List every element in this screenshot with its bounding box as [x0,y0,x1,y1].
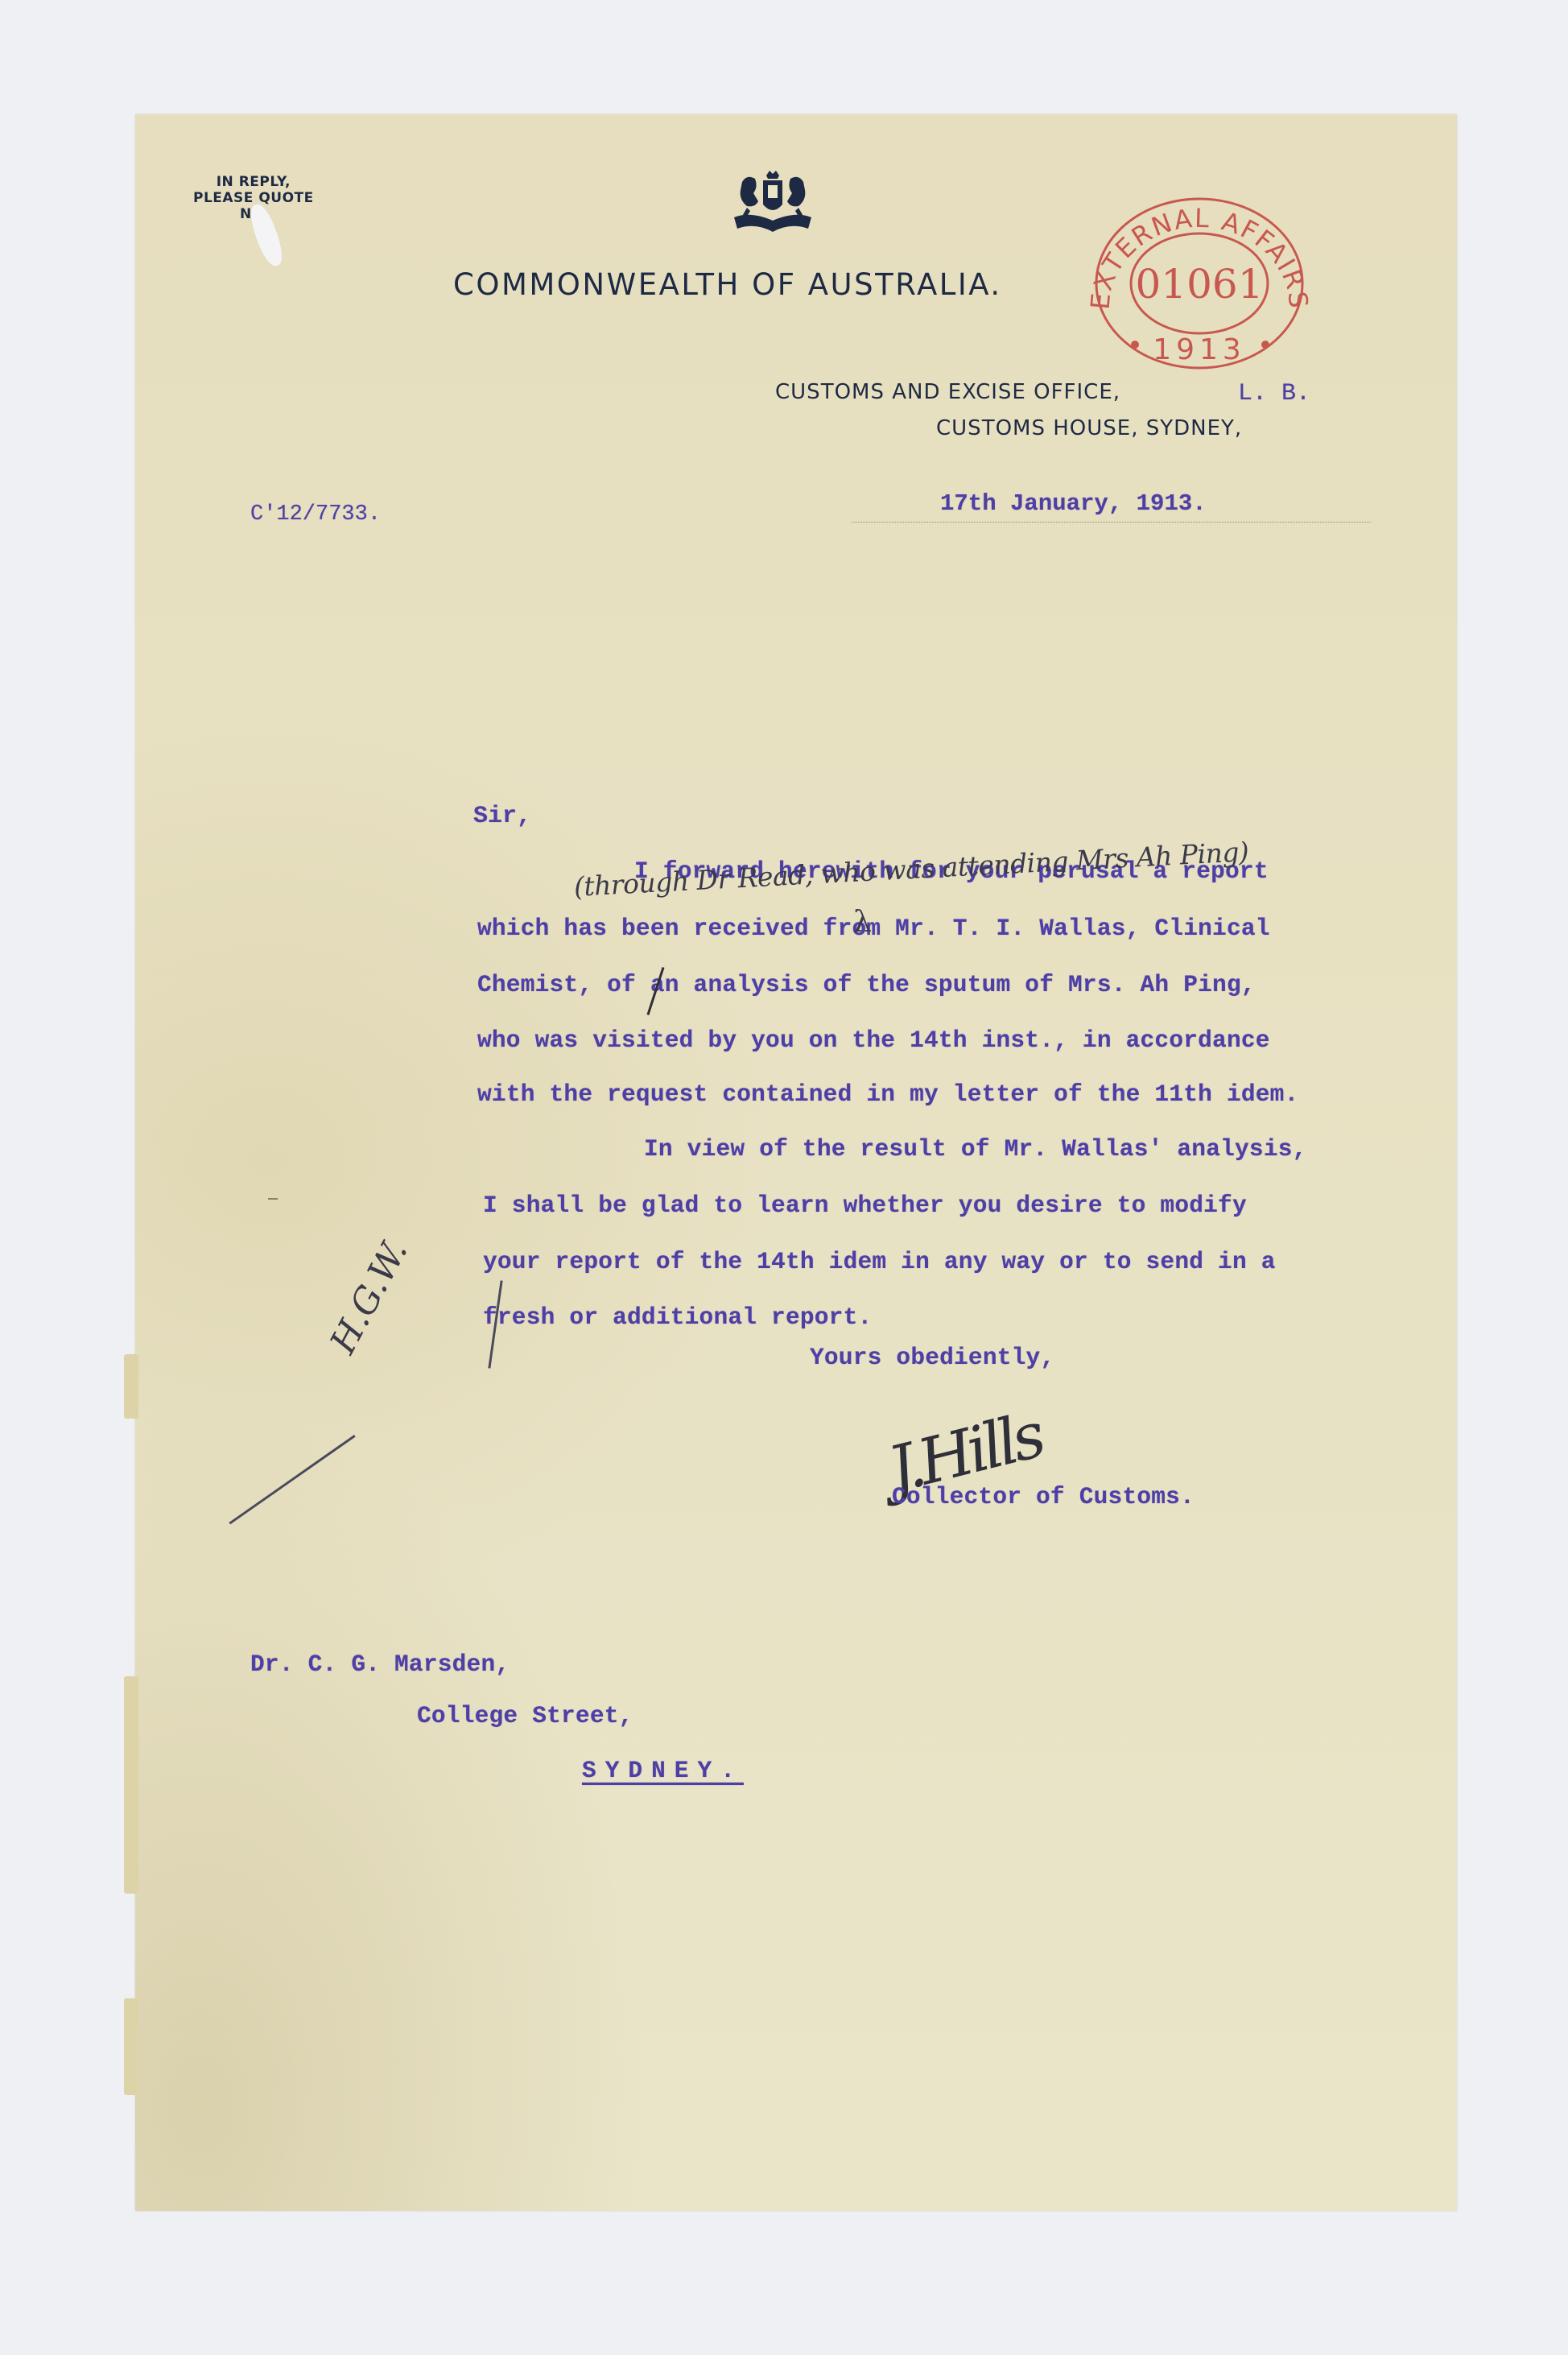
letter-page: IN REPLY, PLEASE QUOTE No. COMMONWEALTH … [135,114,1457,2211]
external-affairs-stamp: EXTERNAL AFFAIRS 01061 1913 [1079,187,1320,372]
recipient-city: SYDNEY. [582,1757,744,1784]
insertion-caret: λ [853,906,872,939]
typist-initials: L. B. [1238,380,1310,407]
reply-line-1: IN REPLY, [193,174,314,190]
body-line-5: with the request contained in my letter … [477,1080,1298,1108]
salutation: Sir, [473,803,531,830]
body-line-7: I shall be glad to learn whether you des… [483,1192,1247,1219]
reply-line-2: PLEASE QUOTE [193,190,314,206]
recipient-street: College Street, [417,1702,633,1729]
body-line-9: fresh or additional report. [483,1304,872,1331]
closing: Yours obediently, [810,1344,1054,1371]
reference-number: C'12/7733. [250,502,381,527]
margin-mark [268,1198,278,1200]
margin-initials: H.G.W. [322,1233,415,1361]
torn-edge [124,1998,138,2095]
royal-coat-of-arms-icon [731,167,815,237]
letter-date: 17th January, 1913. [940,490,1207,517]
body-line-6: In view of the result of Mr. Wallas' ana… [644,1135,1307,1163]
stamp-year: 1913 [1153,333,1246,366]
stamp-number: 01061 [1135,261,1263,308]
date-dotted-line [852,522,1371,523]
letterhead-title: COMMONWEALTH OF AUSTRALIA. [453,267,1002,302]
body-line-8: your report of the 14th idem in any way … [483,1248,1276,1275]
letterhead-office: CUSTOMS AND EXCISE OFFICE, [775,380,1120,404]
margin-underline-stroke [229,1435,355,1524]
torn-edge [124,1354,138,1419]
recipient-name: Dr. C. G. Marsden, [250,1651,510,1678]
torn-edge [124,1676,138,1894]
body-line-3: Chemist, of an analysis of the sputum of… [477,971,1256,998]
body-line-4: who was visited by you on the 14th inst.… [477,1027,1270,1054]
letterhead-address: CUSTOMS HOUSE, SYDNEY, [936,416,1242,440]
body-line-2: which has been received from Mr. T. I. W… [477,915,1270,942]
signatory-title: Collector of Customs. [892,1483,1195,1510]
handwritten-annotation: (through Dr Read, who was attending Mrs … [573,836,1249,903]
